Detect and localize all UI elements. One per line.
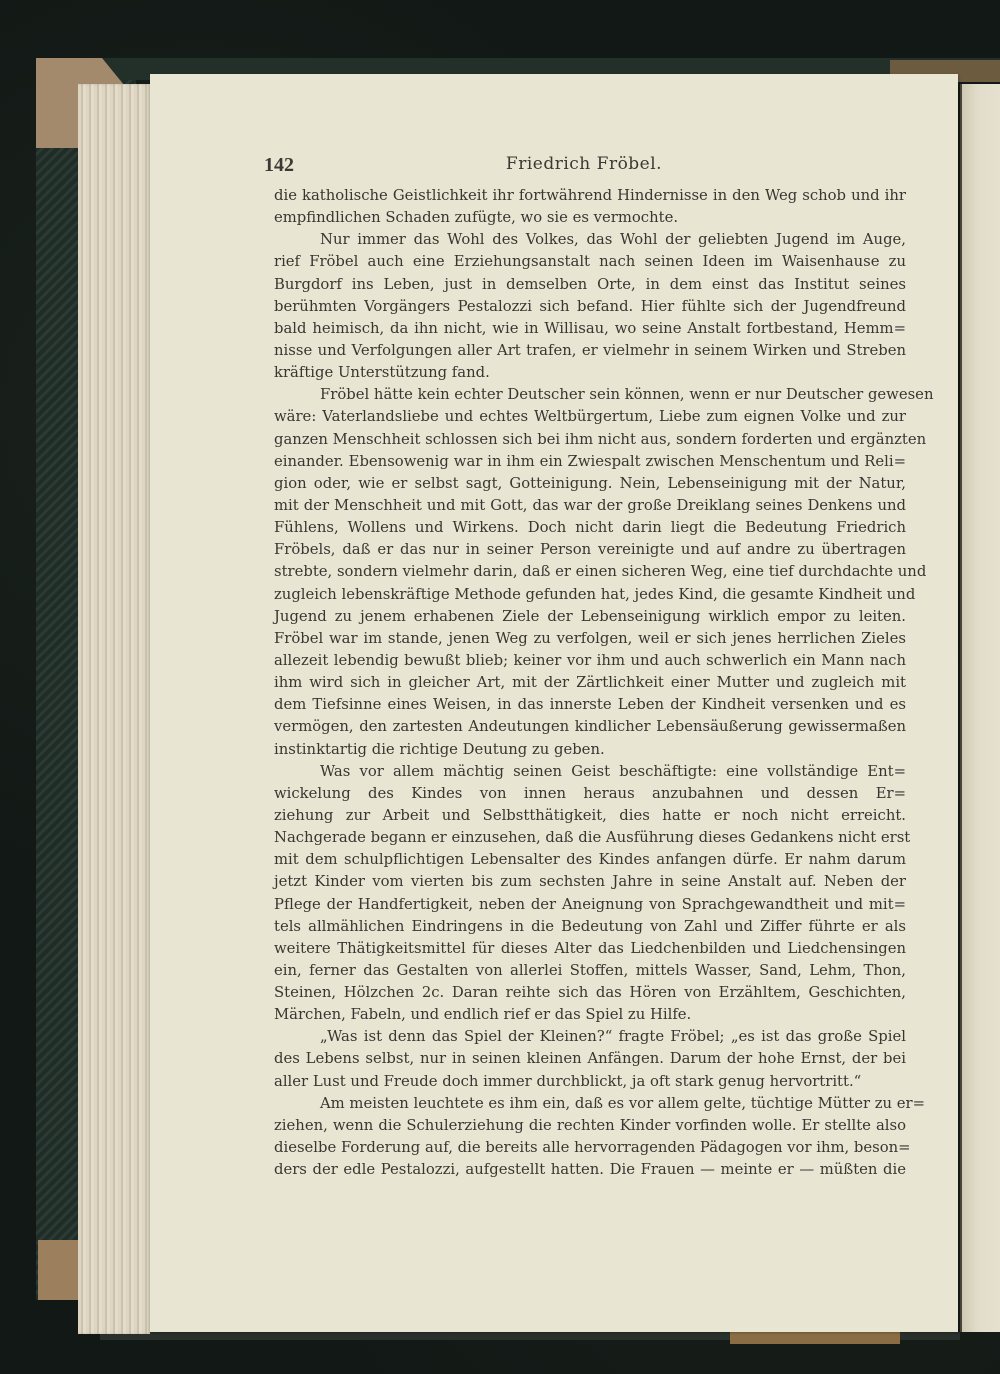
text-line: mit der Menschheit und mit Gott, das war… bbox=[274, 495, 906, 517]
text-line: wickelung des Kindes von innen heraus an… bbox=[274, 783, 906, 805]
text-line: nisse und Verfolgungen aller Art trafen,… bbox=[274, 340, 906, 362]
text-line: kräftige Unterstützung fand. bbox=[274, 362, 906, 384]
page-header: 142 Friedrich Fröbel. bbox=[264, 154, 904, 182]
text-line: einander. Ebensowenig war in ihm ein Zwi… bbox=[274, 451, 906, 473]
text-line: Fühlens, Wollens und Wirkens. Doch nicht… bbox=[274, 517, 906, 539]
text-line: ders der edle Pestalozzi, aufgestellt ha… bbox=[274, 1159, 906, 1181]
text-line: mit dem schulpflichtigen Lebensalter des… bbox=[274, 849, 906, 871]
text-line: berühmten Vorgängers Pestalozzi sich bef… bbox=[274, 296, 906, 318]
text-line: ziehen, wenn die Schulerziehung die rech… bbox=[274, 1115, 906, 1137]
running-title: Friedrich Fröbel. bbox=[264, 154, 904, 174]
text-line: ihm wird sich in gleicher Art, mit der Z… bbox=[274, 672, 906, 694]
text-line: Pflege der Handfertigkeit, neben der Ane… bbox=[274, 894, 906, 916]
text-line: wäre: Vaterlandsliebe und echtes Weltbür… bbox=[274, 406, 906, 428]
text-line: dieselbe Forderung auf, die bereits alle… bbox=[274, 1137, 906, 1159]
text-line: dem Tiefsinne eines Weisen, in das inner… bbox=[274, 694, 906, 716]
text-line: Steinen, Hölzchen 2c. Daran reihte sich … bbox=[274, 982, 906, 1004]
text-line: des Lebens selbst, nur in seinen kleinen… bbox=[274, 1048, 906, 1070]
text-line: Märchen, Fabeln, und endlich rief er das… bbox=[274, 1004, 906, 1026]
text-line: rief Fröbel auch eine Erziehungsanstalt … bbox=[274, 251, 906, 273]
text-line: Fröbel war im stande, jenen Weg zu verfo… bbox=[274, 628, 906, 650]
body-text: die katholische Geistlichkeit ihr fortwä… bbox=[274, 185, 906, 1181]
text-line: jetzt Kinder vom vierten bis zum sechste… bbox=[274, 871, 906, 893]
text-line: Burgdorf ins Leben, just in demselben Or… bbox=[274, 274, 906, 296]
text-line: ganzen Menschheit schlossen sich bei ihm… bbox=[274, 429, 906, 451]
text-line: Fröbels, daß er das nur in seiner Person… bbox=[274, 539, 906, 561]
text-line: „Was ist denn das Spiel der Kleinen?“ fr… bbox=[274, 1026, 906, 1048]
text-line: empfindlichen Schaden zufügte, wo sie es… bbox=[274, 207, 906, 229]
text-line: ziehung zur Arbeit und Selbstthätigkeit,… bbox=[274, 805, 906, 827]
facing-page-edge bbox=[960, 84, 1000, 1332]
text-line: aller Lust und Freude doch immer durchbl… bbox=[274, 1071, 906, 1093]
text-line: Jugend zu jenem erhabenen Ziele der Lebe… bbox=[274, 606, 906, 628]
text-line: tels allmählichen Eindringens in die Bed… bbox=[274, 916, 906, 938]
text-line: Fröbel hätte kein echter Deutscher sein … bbox=[274, 384, 906, 406]
text-line: Nachgerade begann er einzusehen, daß die… bbox=[274, 827, 906, 849]
text-line: vermögen, den zartesten Andeutungen kind… bbox=[274, 716, 906, 738]
page-stack-edges bbox=[78, 84, 150, 1334]
text-line: weitere Thätigkeitsmittel für dieses Alt… bbox=[274, 938, 906, 960]
text-line: bald heimisch, da ihn nicht, wie in Will… bbox=[274, 318, 906, 340]
book-cover-bottom-worn bbox=[730, 1332, 900, 1344]
text-line: instinktartig die richtige Deutung zu ge… bbox=[274, 739, 906, 761]
text-line: gion oder, wie er selbst sagt, Gotteinig… bbox=[274, 473, 906, 495]
text-line: Was vor allem mächtig seinen Geist besch… bbox=[274, 761, 906, 783]
text-line: Am meisten leuchtete es ihm ein, daß es … bbox=[274, 1093, 906, 1115]
text-line: strebte, sondern vielmehr darin, daß er … bbox=[274, 561, 906, 583]
text-line: Nur immer das Wohl des Volkes, das Wohl … bbox=[274, 229, 906, 251]
text-line: ein, ferner das Gestalten von allerlei S… bbox=[274, 960, 906, 982]
text-line: die katholische Geistlichkeit ihr fortwä… bbox=[274, 185, 906, 207]
text-line: allezeit lebendig bewußt blieb; keiner v… bbox=[274, 650, 906, 672]
text-line: zugleich lebenskräftige Methode gefunden… bbox=[274, 584, 906, 606]
